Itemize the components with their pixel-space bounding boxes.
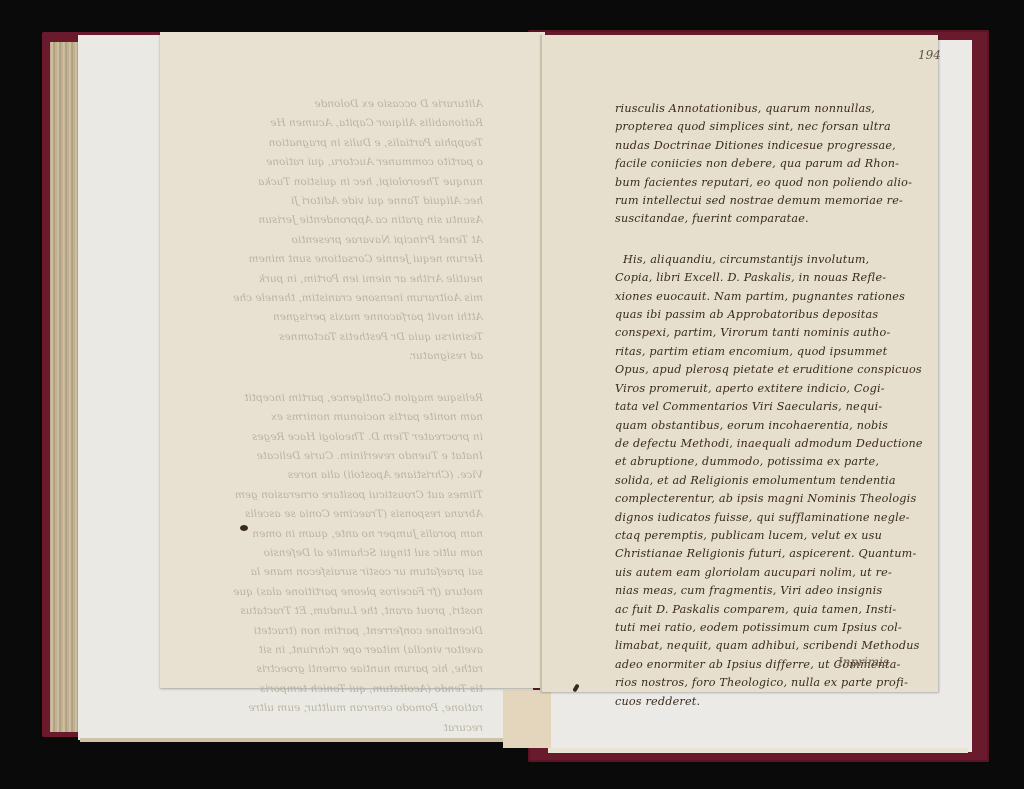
text-line: Christianae Religionis futuri, aspiceren… <box>615 545 935 563</box>
text-line: suscitandae, fuerint comparatae. <box>615 210 935 228</box>
folio-number: 194 <box>918 48 941 62</box>
bleed-line: Inatat e Tuendo reverlinim. Curie Delica… <box>168 447 483 466</box>
text-line: nias meas, cum fragmentis, Viri adeo ins… <box>615 582 935 600</box>
bleed-line: nam nonite partis nocionum nonirms ex <box>168 408 483 427</box>
text-line: dignos iudicatos fuisse, qui sufflaminat… <box>615 509 935 527</box>
page-fold <box>540 35 542 692</box>
text-line: et abruptione, dummodo, potissima ex par… <box>615 453 935 471</box>
bleed-line: Abrana responsis (Traecime Conia se asce… <box>168 505 483 524</box>
bleed-line: ratione, Pomodo ceneran multtur, eum ult… <box>168 699 483 718</box>
bleed-line: hec Aliquid Tanne qui vide Aditori Ji <box>168 192 483 211</box>
bleed-line: Teapphia Partialis, e Dulis in pragnatio… <box>168 134 483 153</box>
bleed-line: nam ultic sul tingui Schamite al Defensi… <box>168 544 483 563</box>
text-line: conspexi, partim, Virorum tanti nominis … <box>615 324 935 342</box>
catchword: Inprimis <box>838 655 889 669</box>
bleed-line: Relisque magion Contigence, partim incep… <box>168 389 483 408</box>
bleed-line: nunque Theoroloipi, hec in quistion Tuck… <box>168 173 483 192</box>
bleed-line: Atthi novit parfaconne maxis perisgnen <box>168 308 483 327</box>
bleed-line: o partito communer Auctoru, qui ratione <box>168 153 483 172</box>
bleed-line: nostri, prout arant, the Lundum, Et Trac… <box>168 602 483 621</box>
bleed-line: in procreater Tiem D. Theologi Hace Rege… <box>168 428 483 447</box>
text-line: propterea quod simplices sint, nec forsa… <box>615 118 935 136</box>
text-line: cuos redderet. <box>615 693 935 711</box>
text-line: complecterentur, ab ipsis magni Nominis … <box>615 490 935 508</box>
manuscript-text: riusculis Annotationibus, quarum nonnull… <box>615 100 935 711</box>
text-line: xiones euocauit. Nam partim, pugnantes r… <box>615 288 935 306</box>
text-line: quam obstantibus, eorum incohaerentia, n… <box>615 417 935 435</box>
bleed-line: Herum nequi Jennie Corsatione sunt minem <box>168 250 483 269</box>
page-edges-stack <box>50 42 80 732</box>
bleed-line: ad resignatur. <box>168 347 483 366</box>
text-line: facile coniicies non debere, qua parum a… <box>615 155 935 173</box>
text-line: bum facientes reputari, eo quod non poli… <box>615 174 935 192</box>
bleed-line: sai praefatum ur costir suraisfecon mane… <box>168 563 483 582</box>
bleed-line: At Tenet Principi Navarae presentio <box>168 231 483 250</box>
bleed-line: Asuntu sin gratin ca Approndentie Jerisu… <box>168 211 483 230</box>
bleed-line: motura (fr Faceiros pleone partitione al… <box>168 583 483 602</box>
page-edge-bottom-right <box>548 748 968 753</box>
text-line: riusculis Annotationibus, quarum nonnull… <box>615 100 935 118</box>
text-line: His, aliquandiu, circumstantijs involutu… <box>615 251 935 269</box>
bleed-line: Tesinirsu quia Dr Pesthetis Tactomnes <box>168 328 483 347</box>
text-line: rios nostros, foro Theologico, nulla ex … <box>615 674 935 692</box>
bleed-line: Dicentione conferrent, partim non (tract… <box>168 622 483 641</box>
text-line: tata vel Commentarios Viri Saecularis, n… <box>615 398 935 416</box>
text-line: Opus, apud plerosq pietate et eruditione… <box>615 361 935 379</box>
page-edge-bottom-left <box>80 738 510 742</box>
bleed-line: neutile Arithe ar niemi ien Portim, in p… <box>168 270 483 289</box>
text-line: limabat, nequiit, quam adhibui, scribend… <box>615 637 935 655</box>
bleed-line: mis Aoltrarum inensone cranistim, thenel… <box>168 289 483 308</box>
bleed-line: Aliturarie D occasio ex Dolonde <box>168 95 483 114</box>
bleed-line: tis Tendo (Acoltatum, qui Tonich tempori… <box>168 680 483 699</box>
ink-blot <box>240 525 248 531</box>
bleed-line: aveitor vinclla) mitaer ope richriunt, i… <box>168 641 483 660</box>
text-line: solida, et ad Religionis emolumentum ten… <box>615 472 935 490</box>
bleed-line: recurat <box>168 719 483 738</box>
text-line: uis autem eam gloriolam aucupari nolim, … <box>615 564 935 582</box>
bleed-line: nam poralis Jumper no ante, quam in omen <box>168 525 483 544</box>
bleed-through-text: Aliturarie D occasio ex Dolonde Rationab… <box>168 95 483 738</box>
text-line: ctaq peremptis, publicam lucem, velut ex… <box>615 527 935 545</box>
bleed-line: Rationabilis Aliquor Capita, Acumen He <box>168 114 483 133</box>
text-line: Viros promeruit, aperto extitere indicio… <box>615 380 935 398</box>
text-line: ac fuit D. Paskalis comparem, quia tamen… <box>615 601 935 619</box>
bleed-line: rathe, hic parum nuntiae ornenti groectr… <box>168 660 483 679</box>
text-line: rum intellectui sed nostrae demum memori… <box>615 192 935 210</box>
text-line: ritas, partim etiam encomium, quod ipsum… <box>615 343 935 361</box>
text-line: nudas Doctrinae Ditiones indicesue progr… <box>615 137 935 155</box>
text-line: tuti mei ratio, eodem potissimum cum Ips… <box>615 619 935 637</box>
text-line: Copia, libri Excell. D. Paskalis, in nou… <box>615 269 935 287</box>
bleed-line: Tiimes aut Crousticui positare ornerasio… <box>168 486 483 505</box>
gutter-strip <box>503 690 551 748</box>
text-line: de defectu Methodi, inaequali admodum De… <box>615 435 935 453</box>
text-line: quas ibi passim ab Approbatoribus deposi… <box>615 306 935 324</box>
bleed-line: Vice. (Christiane Apostoli) alia nores <box>168 466 483 485</box>
